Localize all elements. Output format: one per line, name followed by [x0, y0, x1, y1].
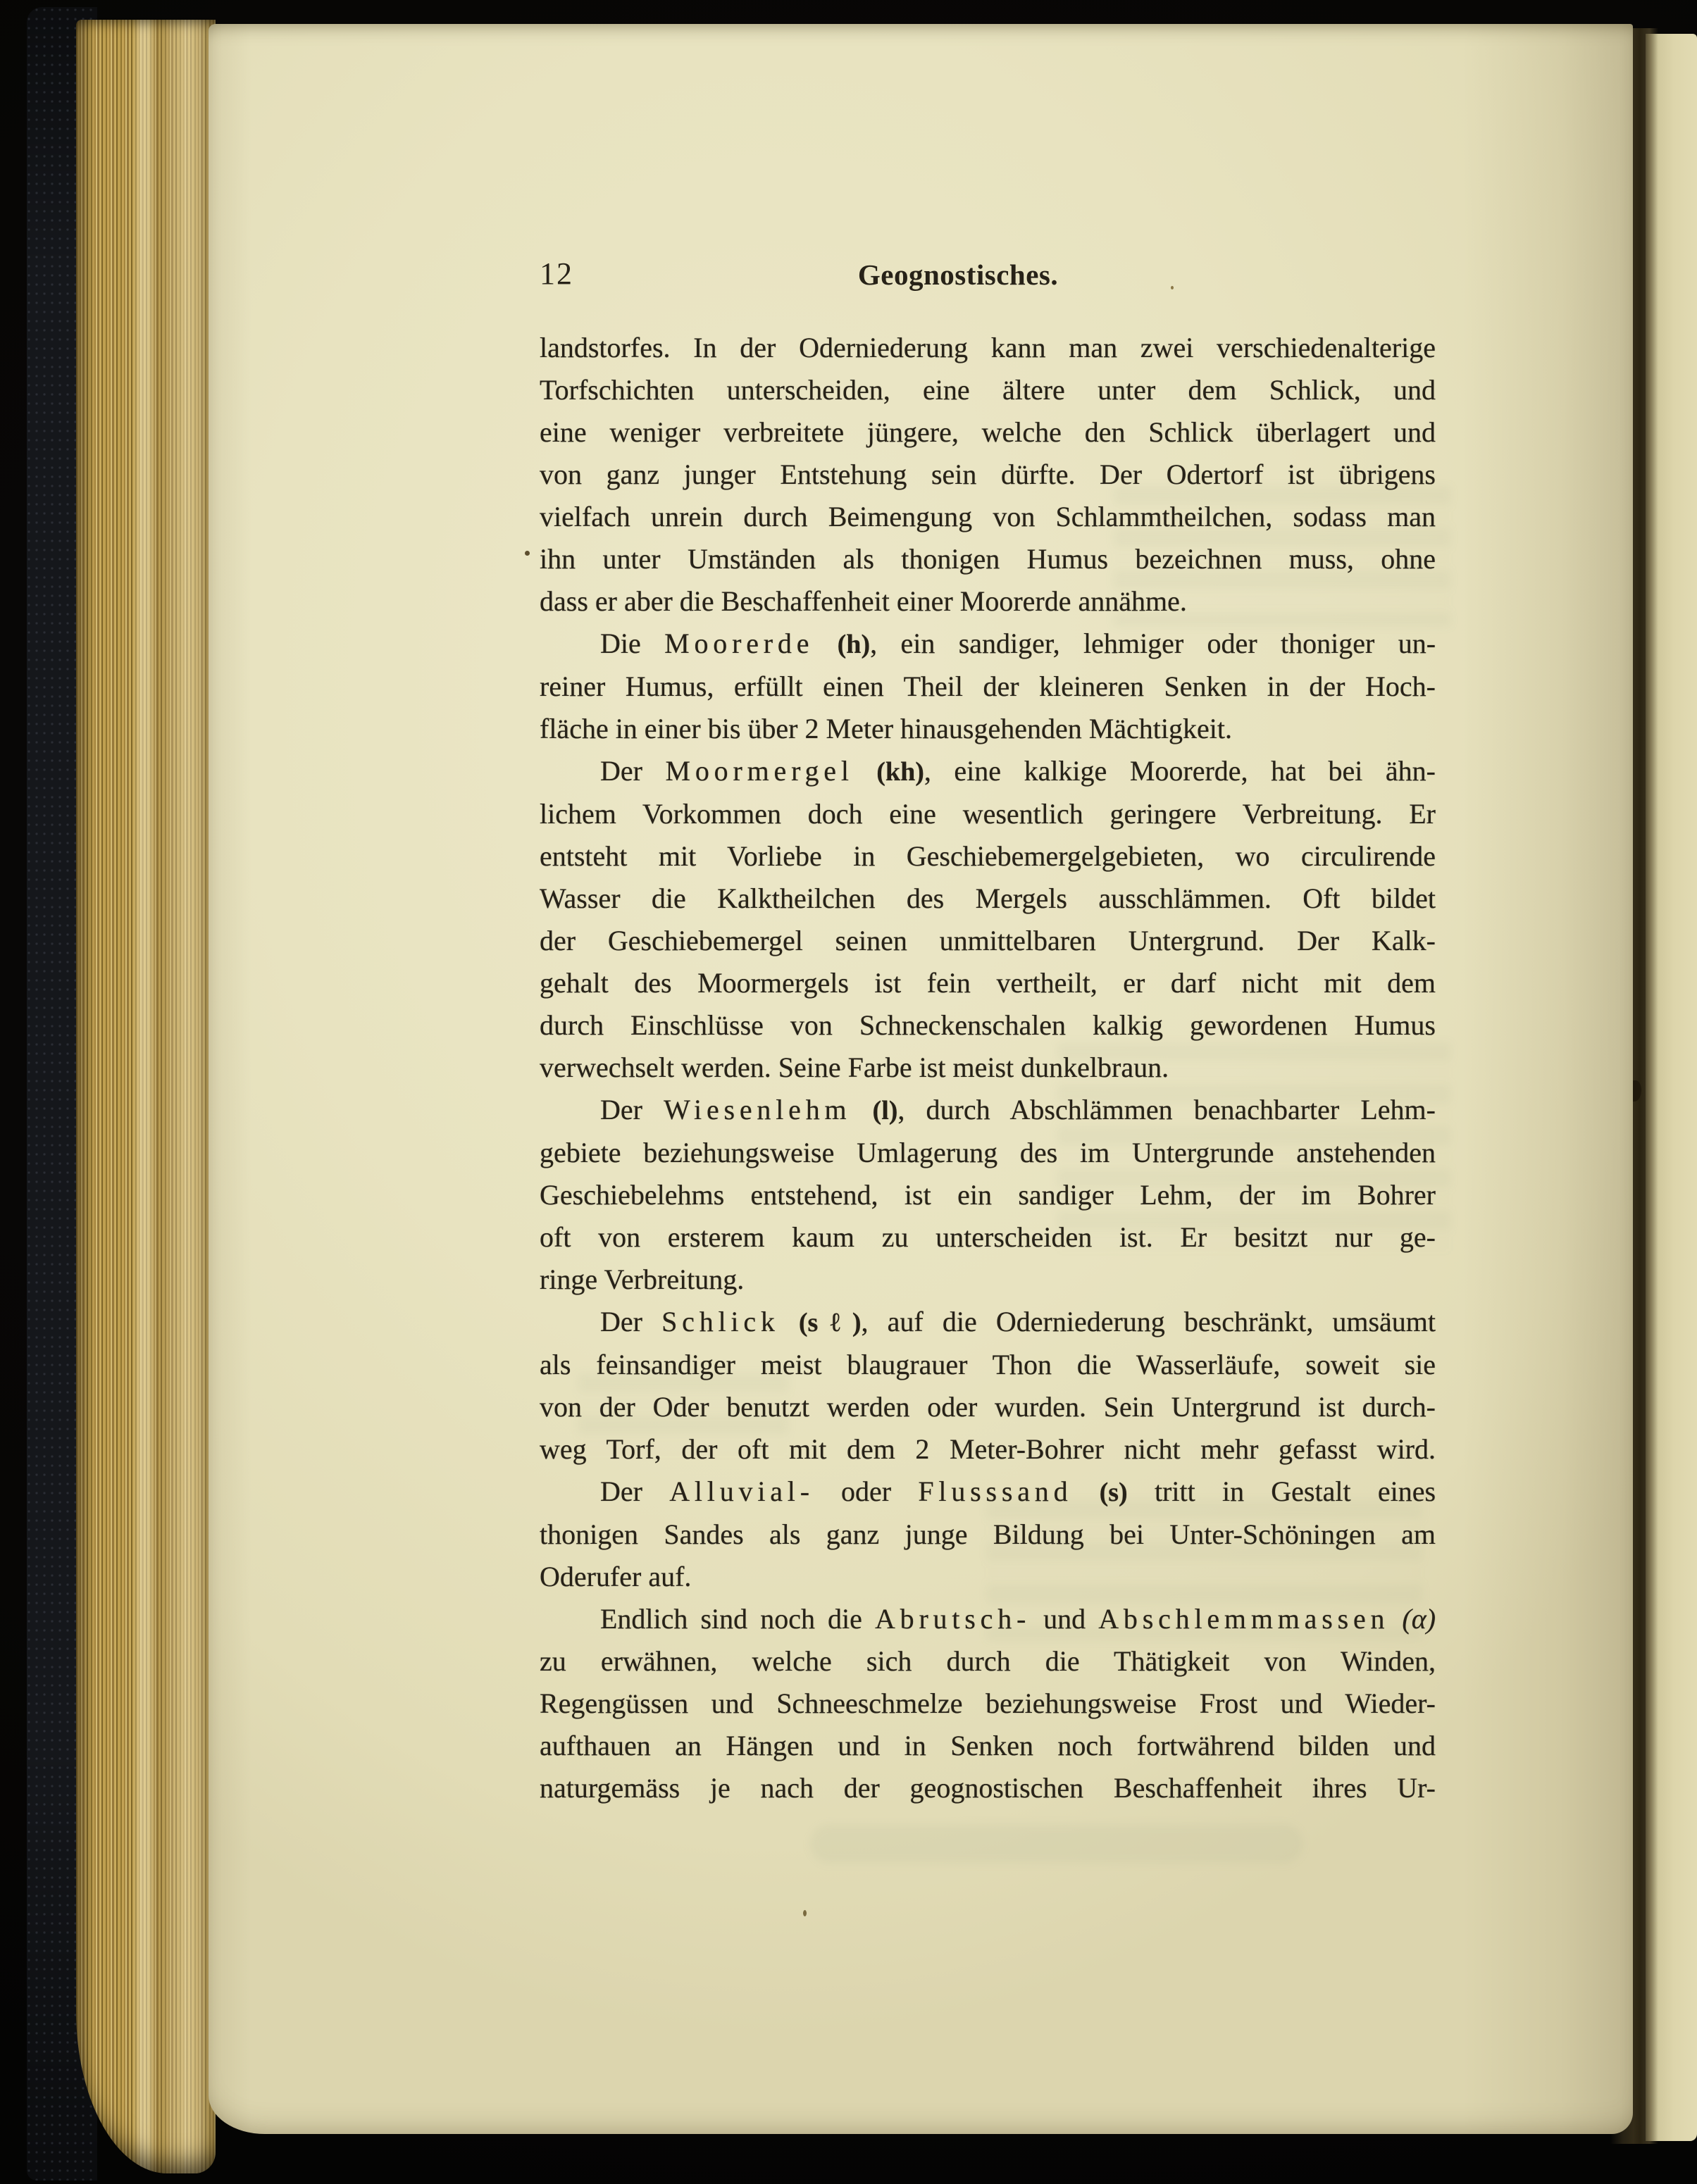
text-segment — [814, 628, 837, 659]
text-line: ihn unter Umständen als thonigen Humus b… — [540, 538, 1436, 580]
text-line: verwechselt werden. Seine Farbe ist meis… — [540, 1047, 1436, 1089]
text-segment: , ein sandiger, lehmiger oder thoniger u… — [870, 628, 1436, 659]
soil-term: Flusssand — [918, 1475, 1072, 1507]
text-line: gebiete beziehungsweise Umlagerung des i… — [540, 1132, 1436, 1174]
soil-term: Moormergel — [666, 755, 854, 787]
text-segment: oder — [814, 1475, 919, 1507]
text-line: Der Wiesenlehm (l), durch Abschlämmen be… — [540, 1089, 1436, 1132]
text-segment: landstorfes. In der Oderniederung kann m… — [540, 332, 1436, 363]
text-segment: ihn unter Umständen als thonigen Humus b… — [540, 543, 1436, 575]
text-block: landstorfes. In der Oderniederung kann m… — [540, 327, 1436, 1809]
text-line: reiner Humus, erfüllt einen Theil der kl… — [540, 666, 1436, 708]
text-segment: und — [1031, 1603, 1098, 1635]
soil-term: (s) — [1100, 1478, 1128, 1507]
text-line: naturgemäss je nach der geognostischen B… — [540, 1767, 1436, 1809]
text-segment: reiner Humus, erfüllt einen Theil der kl… — [540, 670, 1436, 702]
soil-term: (l) — [873, 1096, 898, 1125]
book-page: 12 Geognostisches. landstorfes. In der O… — [209, 24, 1633, 2134]
text-line: landstorfes. In der Oderniederung kann m… — [540, 327, 1436, 369]
text-segment: Der — [600, 1306, 661, 1337]
text-segment: , durch Abschlämmen benachbarter Lehm- — [897, 1094, 1436, 1125]
text-line: dass er aber die Beschaffenheit einer Mo… — [540, 580, 1436, 623]
text-segment: entsteht mit Vorliebe in Geschiebemergel… — [540, 840, 1436, 872]
text-line: Der Schlick (sℓ), auf die Oderniederung … — [540, 1301, 1436, 1344]
text-line: gehalt des Moormergels ist fein vertheil… — [540, 962, 1436, 1004]
text-line: als feinsandiger meist blaugrauer Thon d… — [540, 1344, 1436, 1386]
text-line: fläche in einer bis über 2 Meter hinausg… — [540, 708, 1436, 750]
text-segment — [854, 755, 877, 787]
text-segment: naturgemäss je nach der geognostischen B… — [540, 1772, 1436, 1804]
text-segment: verwechselt werden. Seine Farbe ist meis… — [540, 1052, 1169, 1083]
paper-speck — [803, 1910, 807, 1916]
text-segment: Der — [600, 755, 666, 787]
text-segment: Der — [600, 1475, 669, 1507]
text-segment: Regengüssen und Schneeschmelze beziehung… — [540, 1687, 1436, 1719]
text-segment: eine weniger verbreitete jüngere, welche… — [540, 416, 1436, 448]
text-segment: von ganz junger Entstehung sein dürfte. … — [540, 458, 1436, 490]
text-line: Wasser die Kalktheilchen des Mergels aus… — [540, 878, 1436, 920]
text-line: eine weniger verbreitete jüngere, welche… — [540, 411, 1436, 454]
text-segment: dass er aber die Beschaffenheit einer Mo… — [540, 585, 1187, 617]
text-line: Der Alluvial- oder Flusssand (s) tritt i… — [540, 1471, 1436, 1514]
soil-term: Moorerde — [664, 628, 814, 659]
text-line: durch Einschlüsse von Schneckenschalen k… — [540, 1004, 1436, 1047]
soil-term: (kh) — [876, 757, 924, 787]
book-scan: 12 Geognostisches. landstorfes. In der O… — [0, 0, 1697, 2184]
text-line: von der Oder benutzt werden oder wurden.… — [540, 1386, 1436, 1428]
text-line: thonigen Sandes als ganz junge Bildung b… — [540, 1514, 1436, 1556]
text-line: weg Torf, der oft mit dem 2 Meter-Bohrer… — [540, 1428, 1436, 1471]
text-segment — [851, 1094, 872, 1125]
text-line: Endlich sind noch die Abrutsch- und Absc… — [540, 1598, 1436, 1640]
text-segment: durch Einschlüsse von Schneckenschalen k… — [540, 1009, 1436, 1041]
text-line: Oderufer auf. — [540, 1556, 1436, 1598]
text-line: Geschiebelehms entstehend, ist ein sandi… — [540, 1174, 1436, 1216]
text-segment: gebiete beziehungsweise Umlagerung des i… — [540, 1137, 1436, 1168]
text-segment: Torfschichten unterscheiden, eine ältere… — [540, 374, 1436, 406]
soil-term: Alluvial- — [669, 1475, 814, 1507]
text-segment: , eine kalkige Moorerde, hat bei ähn- — [924, 755, 1436, 787]
text-segment: vielfach unrein durch Beimengung von Sch… — [540, 501, 1436, 532]
text-line: entsteht mit Vorliebe in Geschiebemergel… — [540, 835, 1436, 878]
page-edge-stack — [76, 20, 216, 2173]
soil-term: Abrutsch- — [875, 1603, 1031, 1635]
text-segment: oft von ersterem kaum zu unterscheiden i… — [540, 1221, 1436, 1253]
soil-term: (h) — [838, 630, 870, 659]
text-segment: thonigen Sandes als ganz junge Bildung b… — [540, 1518, 1436, 1550]
text-line: von ganz junger Entstehung sein dürfte. … — [540, 454, 1436, 496]
text-line: Der Moormergel (kh), eine kalkige Moorer… — [540, 750, 1436, 793]
text-segment: zu erwähnen, welche sich durch die Thäti… — [540, 1645, 1436, 1677]
text-segment: , auf die Oderniederung beschränkt, umsä… — [862, 1306, 1436, 1337]
text-segment: tritt in Gestalt eines — [1128, 1475, 1436, 1507]
text-line: ringe Verbreitung. — [540, 1259, 1436, 1301]
text-segment: gehalt des Moormergels ist fein vertheil… — [540, 967, 1436, 999]
text-segment: Endlich sind noch die — [600, 1603, 875, 1635]
text-segment: Wasser die Kalktheilchen des Mergels aus… — [540, 882, 1436, 914]
text-line: der Geschiebemergel seinen unmittelbaren… — [540, 920, 1436, 962]
text-segment: als feinsandiger meist blaugrauer Thon d… — [540, 1349, 1436, 1380]
text-line: oft von ersterem kaum zu unterscheiden i… — [540, 1216, 1436, 1259]
text-line: Regengüssen und Schneeschmelze beziehung… — [540, 1683, 1436, 1725]
soil-term: Schlick — [661, 1306, 780, 1337]
soil-term: (sℓ) — [799, 1308, 862, 1337]
text-line: Torfschichten unterscheiden, eine ältere… — [540, 369, 1436, 411]
text-line: aufthauen an Hängen und in Senken noch f… — [540, 1725, 1436, 1767]
text-line: vielfach unrein durch Beimengung von Sch… — [540, 496, 1436, 538]
text-segment: Der — [600, 1094, 664, 1125]
text-segment: weg Torf, der oft mit dem 2 Meter-Bohrer… — [540, 1433, 1436, 1465]
text-segment: der Geschiebemergel seinen unmittelbaren… — [540, 925, 1436, 956]
show-through-smudge — [810, 1824, 1303, 1864]
paper-speck — [525, 551, 530, 556]
text-segment: fläche in einer bis über 2 Meter hinausg… — [540, 713, 1232, 744]
text-segment: lichem Vorkommen doch eine wesentlich ge… — [540, 798, 1436, 830]
text-segment: Die — [600, 628, 664, 659]
text-segment: Oderufer auf. — [540, 1561, 691, 1592]
text-line: Die Moorerde (h), ein sandiger, lehmiger… — [540, 623, 1436, 666]
soil-term: Wiesenlehm — [664, 1094, 851, 1125]
text-segment — [1389, 1603, 1402, 1635]
soil-term: Abschlemmmassen — [1098, 1603, 1389, 1635]
text-segment: ringe Verbreitung. — [540, 1263, 744, 1295]
page-header: 12 Geognostisches. — [540, 256, 1436, 292]
text-segment: aufthauen an Hängen und in Senken noch f… — [540, 1730, 1436, 1761]
soil-term: (α) — [1402, 1603, 1436, 1635]
text-segment: Geschiebelehms entstehend, ist ein sandi… — [540, 1179, 1436, 1211]
text-line: zu erwähnen, welche sich durch die Thäti… — [540, 1640, 1436, 1683]
running-title: Geognostisches. — [510, 258, 1406, 292]
text-segment — [1072, 1475, 1099, 1507]
text-segment — [780, 1306, 799, 1337]
text-line: lichem Vorkommen doch eine wesentlich ge… — [540, 793, 1436, 835]
text-segment: von der Oder benutzt werden oder wurden.… — [540, 1391, 1436, 1423]
